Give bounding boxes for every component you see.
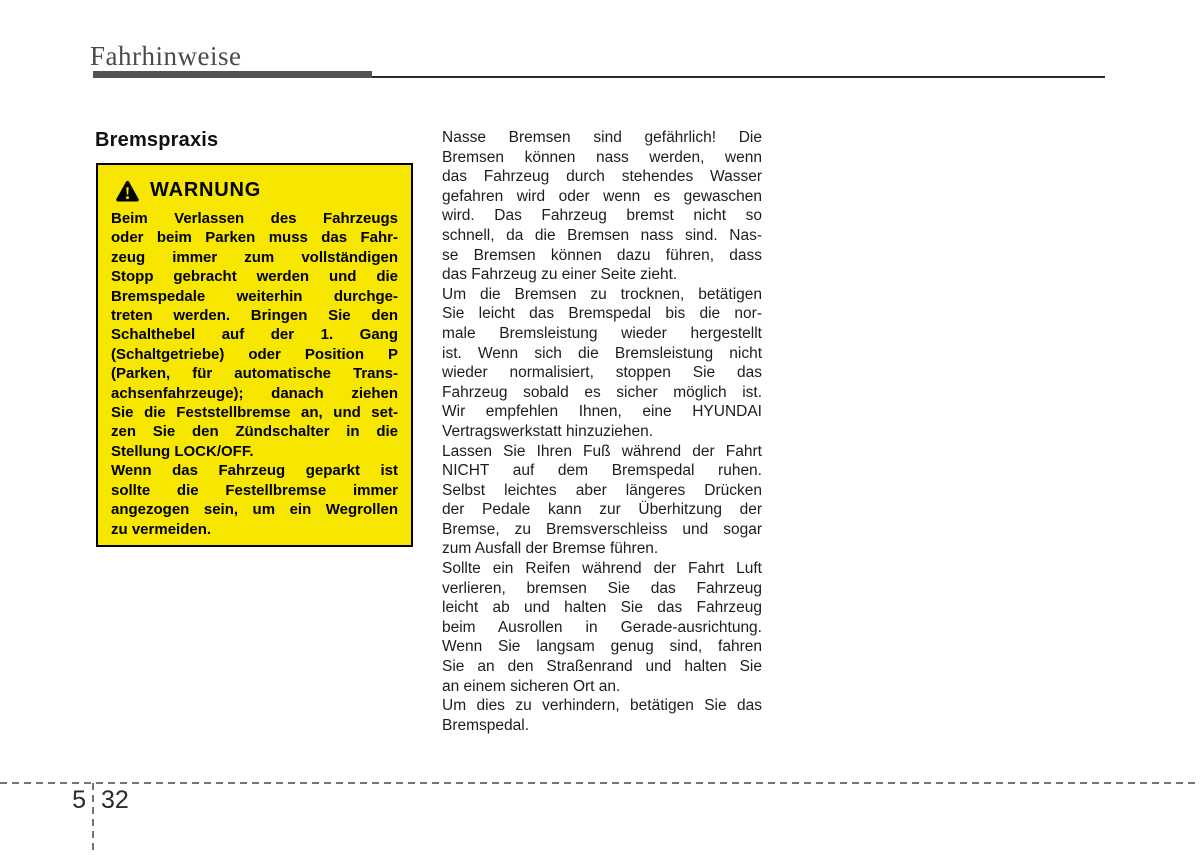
text-line: Wenn Sie langsam genug sind, fahren bbox=[442, 637, 762, 657]
text-line: Bremsen können nass werden, wenn bbox=[442, 148, 762, 168]
text-line: NICHT auf dem Bremspedal ruhen. bbox=[442, 461, 762, 481]
text-line: Um dies zu verhindern, betätigen Sie das bbox=[442, 696, 762, 716]
section-title: Bremspraxis bbox=[95, 129, 218, 152]
text-line: an einem sicheren Ort an. bbox=[442, 677, 762, 697]
text-line: Selbst leichtes aber längeres Drücken bbox=[442, 481, 762, 501]
text-line: treten werden. Bringen Sie den bbox=[111, 306, 398, 325]
header-rule-thick bbox=[93, 71, 372, 78]
body-paragraph: Sollte ein Reifen während der Fahrt Luft… bbox=[442, 559, 762, 696]
text-line: Beim Verlassen des Fahrzeugs bbox=[111, 209, 398, 228]
page-header-title: Fahrhinweise bbox=[90, 42, 241, 70]
text-line: zen Sie den Zündschalter in die bbox=[111, 422, 398, 441]
text-line: Wir empfehlen Ihnen, eine HYUNDAI bbox=[442, 402, 762, 422]
body-paragraph: Um dies zu verhindern, betätigen Sie das… bbox=[442, 696, 762, 735]
text-line: der Pedale kann zur Überhitzung der bbox=[442, 500, 762, 520]
text-line: Bremse, zu Bremsverschleiss und sogar bbox=[442, 520, 762, 540]
text-line: Bremspedale weiterhin durchge- bbox=[111, 287, 398, 306]
chapter-number: 5 bbox=[58, 786, 86, 814]
warning-title: WARNUNG bbox=[150, 179, 261, 202]
text-line: Wenn das Fahrzeug geparkt ist bbox=[111, 461, 398, 480]
warning-triangle-icon bbox=[115, 180, 140, 202]
warning-box: WARNUNG Beim Verlassen des Fahrzeugsoder… bbox=[96, 163, 413, 547]
body-paragraph: Um die Bremsen zu trocknen, betätigenSie… bbox=[442, 285, 762, 442]
warning-paragraph: Beim Verlassen des Fahrzeugsoder beim Pa… bbox=[111, 209, 398, 461]
text-line: zeug immer zum vollständigen bbox=[111, 248, 398, 267]
text-line: Bremspedal. bbox=[442, 716, 762, 736]
text-line: Stopp gebracht werden und die bbox=[111, 267, 398, 286]
text-line: oder beim Parken muss das Fahr- bbox=[111, 228, 398, 247]
body-paragraph: Lassen Sie Ihren Fuß während der FahrtNI… bbox=[442, 442, 762, 560]
manual-page: Fahrhinweise Bremspraxis WARNUNG Beim Ve… bbox=[0, 0, 1200, 855]
page-number: 32 bbox=[101, 786, 129, 814]
text-line: gefahren wird oder wenn es gewaschen bbox=[442, 187, 762, 207]
text-line: Sie an den Straßenrand und halten Sie bbox=[442, 657, 762, 677]
text-line: beim Ausrollen in Gerade-ausrichtung. bbox=[442, 618, 762, 638]
text-line: (Parken, für automatische Trans- bbox=[111, 364, 398, 383]
text-line: zu vermeiden. bbox=[111, 520, 398, 539]
text-line: zum Ausfall der Bremse führen. bbox=[442, 539, 762, 559]
text-line: sollte die Festellbremse immer bbox=[111, 481, 398, 500]
warning-header: WARNUNG bbox=[115, 179, 398, 202]
text-line: Schalthebel auf der 1. Gang bbox=[111, 325, 398, 344]
text-line: das Fahrzeug durch stehendes Wasser bbox=[442, 167, 762, 187]
text-line: leicht ab und halten Sie das Fahrzeug bbox=[442, 598, 762, 618]
text-line: (Schaltgetriebe) oder Position P bbox=[111, 345, 398, 364]
text-line: Sie die Feststellbremse an, und set- bbox=[111, 403, 398, 422]
text-line: ist. Wenn sich die Bremsleistung nicht bbox=[442, 344, 762, 364]
footer-dashed-line-vertical bbox=[92, 783, 94, 855]
text-line: se Bremsen können dazu führen, dass bbox=[442, 246, 762, 266]
text-line: schnell, da die Bremsen nass sind. Nas- bbox=[442, 226, 762, 246]
body-text-column: Nasse Bremsen sind gefährlich! DieBremse… bbox=[442, 128, 762, 735]
warning-paragraph: Wenn das Fahrzeug geparkt istsollte die … bbox=[111, 461, 398, 539]
text-line: Fahrzeug sobald es sicher möglich ist. bbox=[442, 383, 762, 403]
text-line: Vertragswerkstatt hinzuziehen. bbox=[442, 422, 762, 442]
text-line: Nasse Bremsen sind gefährlich! Die bbox=[442, 128, 762, 148]
text-line: Sie leicht das Bremspedal bis die nor- bbox=[442, 304, 762, 324]
text-line: Lassen Sie Ihren Fuß während der Fahrt bbox=[442, 442, 762, 462]
text-line: male Bremsleistung wieder hergestellt bbox=[442, 324, 762, 344]
text-line: achsenfahrzeuge); danach ziehen bbox=[111, 384, 398, 403]
text-line: Um die Bremsen zu trocknen, betätigen bbox=[442, 285, 762, 305]
header-rule-thin bbox=[372, 76, 1105, 78]
text-line: Stellung LOCK/OFF. bbox=[111, 442, 398, 461]
text-line: verlieren, bremsen Sie das Fahrzeug bbox=[442, 579, 762, 599]
text-line: Sollte ein Reifen während der Fahrt Luft bbox=[442, 559, 762, 579]
footer-dashed-line-horizontal bbox=[0, 782, 1200, 784]
body-paragraph: Nasse Bremsen sind gefährlich! DieBremse… bbox=[442, 128, 762, 285]
text-line: das Fahrzeug zu einer Seite zieht. bbox=[442, 265, 762, 285]
text-line: wird. Das Fahrzeug bremst nicht so bbox=[442, 206, 762, 226]
text-line: wieder normalisiert, stoppen Sie das bbox=[442, 363, 762, 383]
text-line: angezogen sein, um ein Wegrollen bbox=[111, 500, 398, 519]
